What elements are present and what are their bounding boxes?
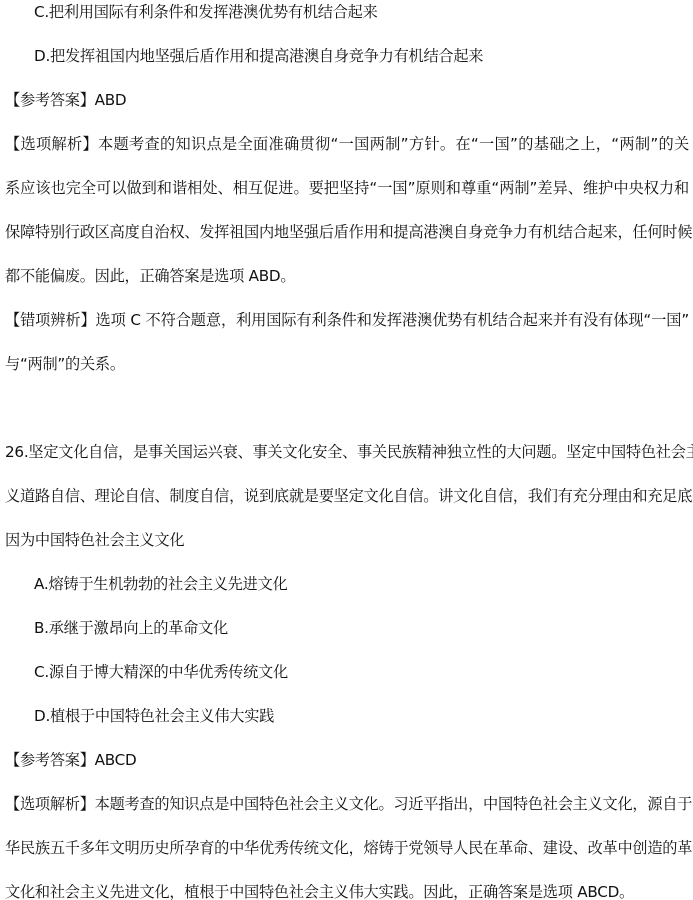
analysis-line: 保障特别行政区高度自治权、发挥祖国内地坚强后盾作用和提高港澳自身竞争力有机结合起… bbox=[5, 221, 689, 243]
analysis-line: 【选项解析】本题考查的知识点是全面准确贯彻“一国两制”方针。在“一国”的基础之上… bbox=[5, 133, 689, 155]
option-c: C.把利用国际有利条件和发挥港澳优势有机结合起来 bbox=[34, 1, 378, 23]
question-stem-line: 26.坚定文化自信，是事关国运兴衰、事关文化安全、事关民族精神独立性的大问题。坚… bbox=[5, 441, 689, 463]
option-c: C.源自于博大精深的中华优秀传统文化 bbox=[34, 661, 288, 683]
analysis-line: 系应该也完全可以做到和谐相处、相互促进。要把坚持“一国”原则和尊重“两制”差异、… bbox=[5, 177, 689, 199]
reference-answer: 【参考答案】ABD bbox=[5, 89, 126, 111]
option-a: A.熔铸于生机勃勃的社会主义先进文化 bbox=[34, 573, 287, 595]
error-analysis-line: 与“两制”的关系。 bbox=[5, 353, 125, 375]
analysis-line: 文化和社会主义先进文化，植根于中国特色社会主义伟大实践。因此，正确答案是选项 A… bbox=[5, 881, 634, 900]
option-d: D.把发挥祖国内地坚强后盾作用和提高港澳自身竞争力有机结合起来 bbox=[34, 45, 483, 67]
analysis-line: 都不能偏废。因此，正确答案是选项 ABD。 bbox=[5, 265, 295, 287]
error-analysis-line: 【错项辨析】选项 C 不符合题意，利用国际有利条件和发挥港澳优势有机结合起来并有… bbox=[5, 309, 689, 331]
analysis-line: 【选项解析】本题考查的知识点是中国特色社会主义文化。习近平指出，中国特色社会主义… bbox=[5, 793, 689, 815]
question-stem-line: 因为中国特色社会主义文化 bbox=[5, 529, 184, 551]
option-b: B.承继于激昂向上的革命文化 bbox=[34, 617, 228, 639]
analysis-line: 华民族五千多年文明历史所孕育的中华优秀传统文化，熔铸于党领导人民在革命、建设、改… bbox=[5, 837, 689, 859]
question-stem-line: 义道路自信、理论自信、制度自信，说到底就是要坚定文化自信。讲文化自信，我们有充分… bbox=[5, 485, 689, 507]
reference-answer: 【参考答案】ABCD bbox=[5, 749, 136, 771]
option-d: D.植根于中国特色社会主义伟大实践 bbox=[34, 705, 274, 727]
